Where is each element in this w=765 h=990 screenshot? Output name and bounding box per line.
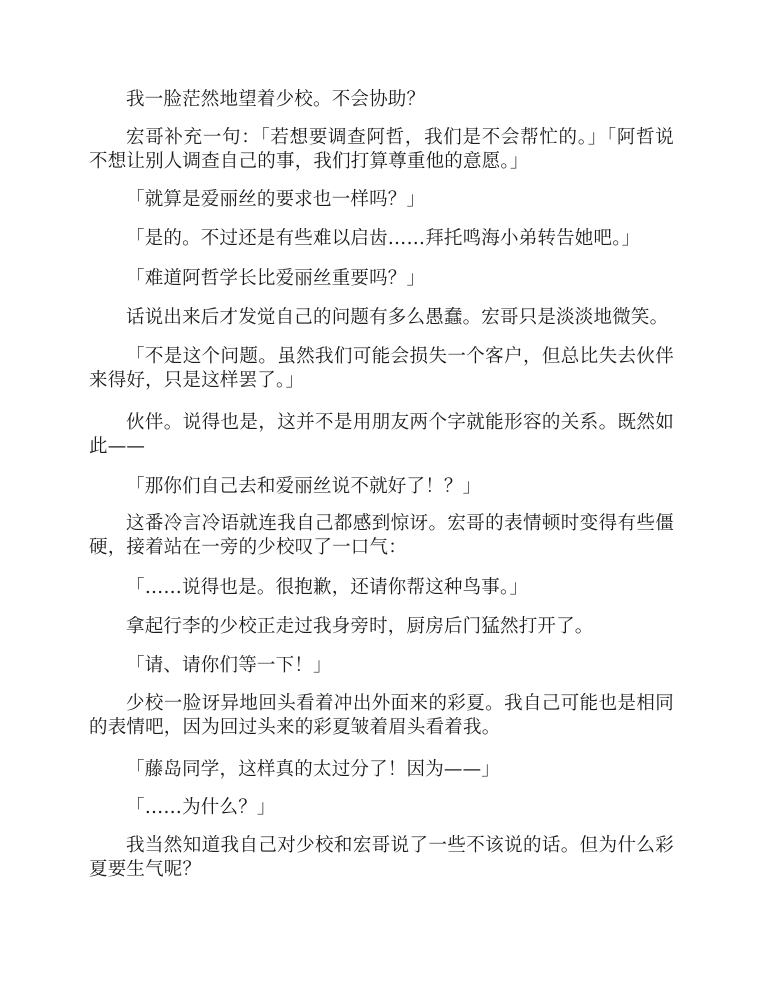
paragraph: 「就算是爱丽丝的要求也一样吗？」 bbox=[89, 188, 674, 212]
paragraph: 伙伴。说得也是，这并不是用朋友两个字就能形容的关系。既然如此—— bbox=[89, 411, 674, 458]
paragraph: 话说出来后才发觉自己的问题有多么愚蠢。宏哥只是淡淡地微笑。 bbox=[89, 306, 674, 330]
paragraph: 「那你们自己去和爱丽丝说不就好了！？」 bbox=[89, 475, 674, 499]
paragraph: 「请、请你们等一下！」 bbox=[89, 654, 674, 678]
paragraph: 「不是这个问题。虽然我们可能会损失一个客户，但总比失去伙伴来得好，只是这样罢了。… bbox=[89, 345, 674, 392]
paragraph: 少校一脸讶异地回头看着冲出外面来的彩夏。我自己可能也是相同的表情吧，因为回过头来… bbox=[89, 692, 674, 739]
paragraph: 「是的。不过还是有些难以启齿……拜托鸣海小弟转告她吧。」 bbox=[89, 227, 674, 251]
paragraph: 这番冷言冷语就连我自己都感到惊讶。宏哥的表情顿时变得有些僵硬，接着站在一旁的少校… bbox=[89, 512, 674, 559]
paragraph: 「……为什么？」 bbox=[89, 796, 674, 820]
paragraph: 我一脸茫然地望着少校。不会协助？ bbox=[89, 88, 674, 112]
paragraph: 「难道阿哲学长比爱丽丝重要吗？」 bbox=[89, 267, 674, 291]
paragraph: 宏哥补充一句：「若想要调查阿哲，我们是不会帮忙的。」「阿哲说不想让别人调查自己的… bbox=[89, 126, 674, 173]
paragraph: 拿起行李的少校正走过我身旁时，厨房后门猛然打开了。 bbox=[89, 615, 674, 639]
paragraph: 「藤岛同学，这样真的太过分了！因为——」 bbox=[89, 758, 674, 782]
paragraph: 「……说得也是。很抱歉，还请你帮这种鸟事。」 bbox=[89, 576, 674, 600]
paragraph: 我当然知道我自己对少校和宏哥说了一些不该说的话。但为什么彩夏要生气呢？ bbox=[89, 834, 674, 881]
